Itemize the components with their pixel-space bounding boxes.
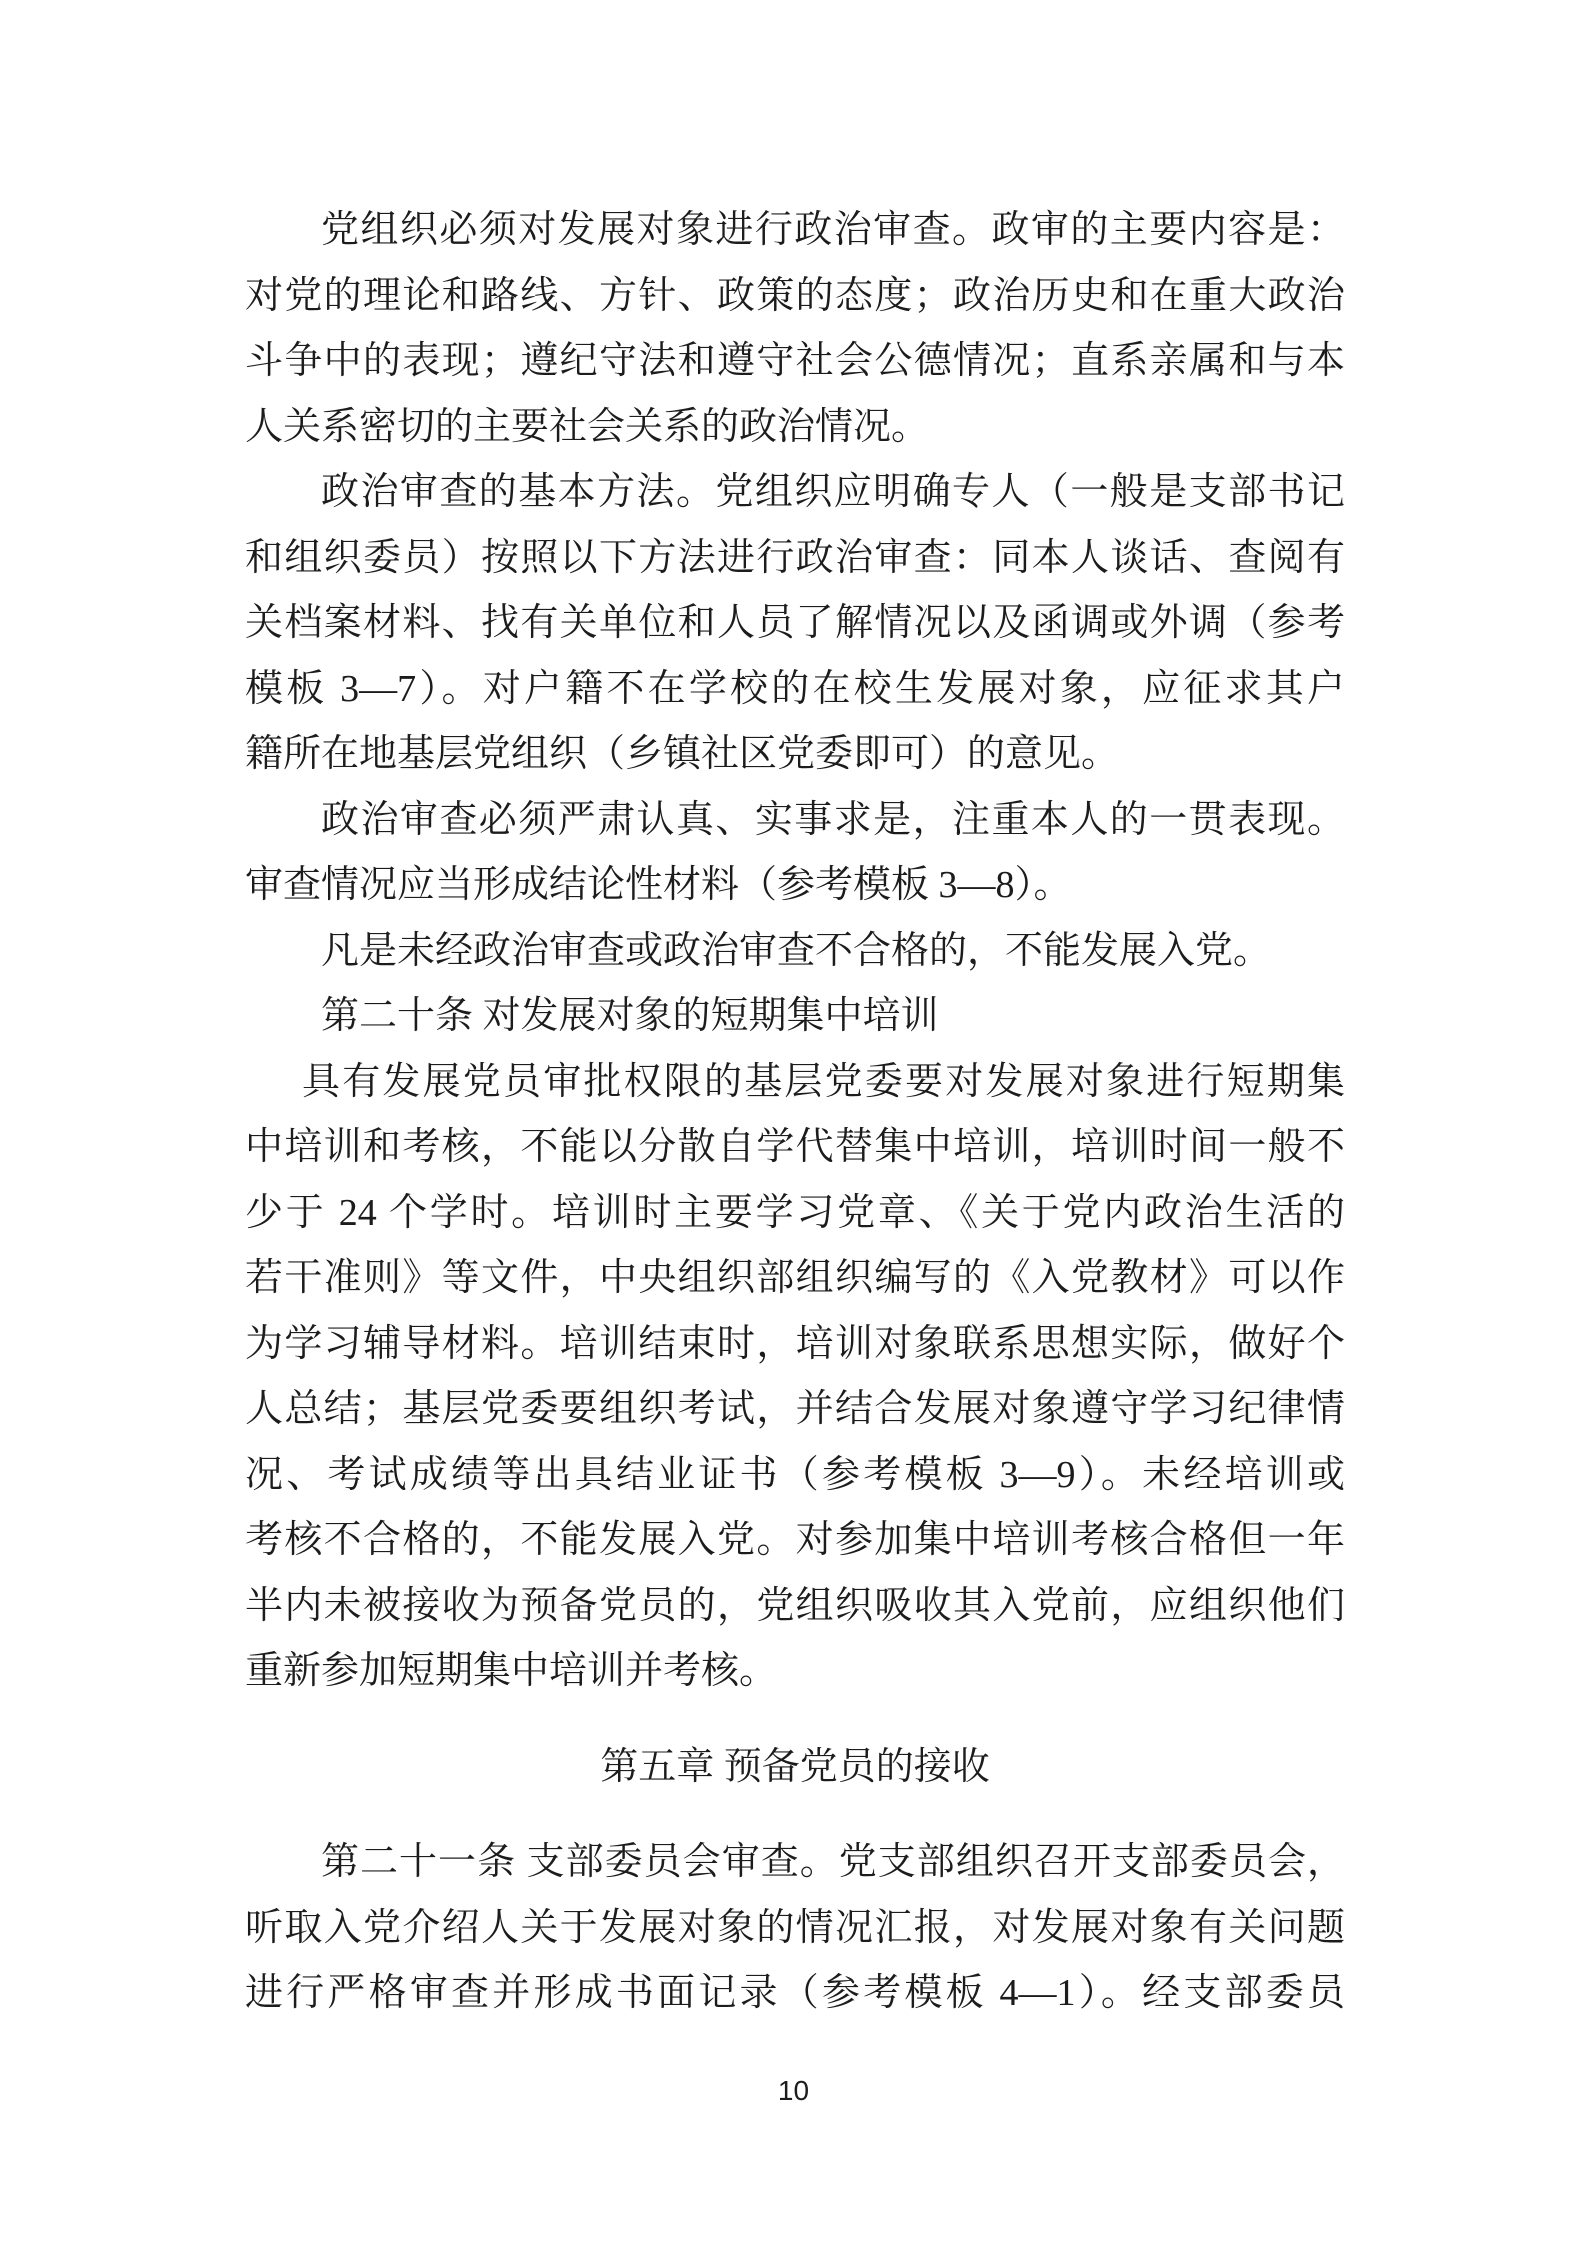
text-line: 中培训和考核，不能以分散自学代替集中培训，培训时间一般不	[245, 1115, 1345, 1181]
text-line: 对党的理论和路线、方针、政策的态度；政治历史和在重大政治	[245, 264, 1345, 330]
text-line: 关档案材料、找有关单位和人员了解情况以及函调或外调（参考	[245, 591, 1345, 657]
text-line: 政治审查必须严肃认真、实事求是，注重本人的一贯表现。	[245, 788, 1345, 854]
text-line: 第二十一条 支部委员会审查。党支部组织召开支部委员会，	[245, 1830, 1345, 1896]
text-line: 人关系密切的主要社会关系的政治情况。	[245, 395, 1345, 461]
document-body: 党组织必须对发展对象进行政治审查。政审的主要内容是：对党的理论和路线、方针、政策…	[0, 0, 1587, 2027]
text-line: 凡是未经政治审查或政治审查不合格的，不能发展入党。	[245, 919, 1345, 985]
text-line: 重新参加短期集中培训并考核。	[245, 1639, 1345, 1705]
text-line: 和组织委员）按照以下方法进行政治审查：同本人谈话、查阅有	[245, 526, 1345, 592]
text-line: 若干准则》等文件，中央组织部组织编写的《入党教材》可以作	[245, 1246, 1345, 1312]
chapter-heading: 第五章 预备党员的接收	[245, 1735, 1345, 1801]
text-line: 政治审查的基本方法。党组织应明确专人（一般是支部书记	[245, 460, 1345, 526]
text-line: 少于 24 个学时。培训时主要学习党章、《关于党内政治生活的	[245, 1181, 1345, 1247]
text-line: 况、考试成绩等出具结业证书（参考模板 3—9）。未经培训或	[245, 1443, 1345, 1509]
text-line: 进行严格审查并形成书面记录（参考模板 4—1）。经支部委员	[245, 1961, 1345, 2027]
text-line: 听取入党介绍人关于发展对象的情况汇报，对发展对象有关问题	[245, 1896, 1345, 1962]
text-line: 具有发展党员审批权限的基层党委要对发展对象进行短期集	[245, 1050, 1345, 1116]
text-line: 斗争中的表现；遵纪守法和遵守社会公德情况；直系亲属和与本	[245, 329, 1345, 395]
text-line: 党组织必须对发展对象进行政治审查。政审的主要内容是：	[245, 198, 1345, 264]
document-page: 党组织必须对发展对象进行政治审查。政审的主要内容是：对党的理论和路线、方针、政策…	[0, 0, 1587, 2245]
text-line: 籍所在地基层党组织（乡镇社区党委即可）的意见。	[245, 722, 1345, 788]
text-line: 模板 3—7）。对户籍不在学校的在校生发展对象，应征求其户	[245, 657, 1345, 723]
text-line: 第二十条 对发展对象的短期集中培训	[245, 984, 1345, 1050]
page-number: 10	[0, 2075, 1587, 2107]
text-line: 半内未被接收为预备党员的，党组织吸收其入党前，应组织他们	[245, 1574, 1345, 1640]
text-line: 审查情况应当形成结论性材料（参考模板 3—8）。	[245, 853, 1345, 919]
text-line: 考核不合格的，不能发展入党。对参加集中培训考核合格但一年	[245, 1508, 1345, 1574]
text-line: 为学习辅导材料。培训结束时，培训对象联系思想实际，做好个	[245, 1312, 1345, 1378]
text-line: 人总结；基层党委要组织考试，并结合发展对象遵守学习纪律情	[245, 1377, 1345, 1443]
